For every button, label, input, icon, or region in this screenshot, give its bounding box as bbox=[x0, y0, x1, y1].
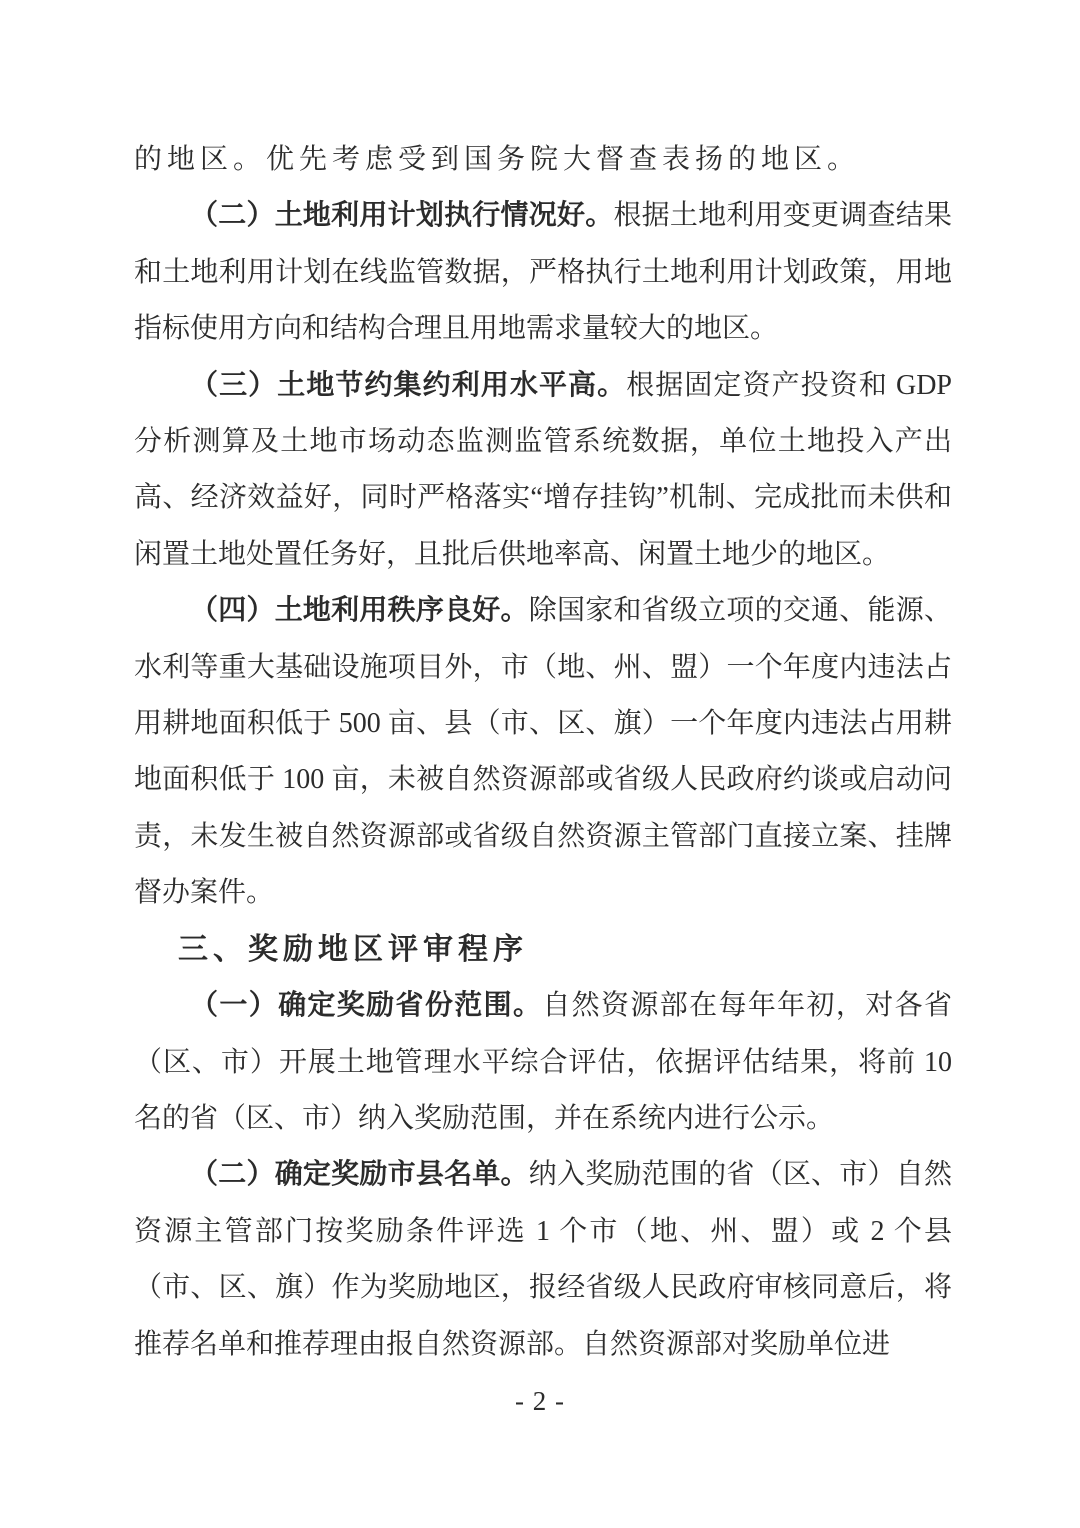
paragraph-lead: （二）确定奖励市县名单。 bbox=[190, 1159, 529, 1190]
paragraph-continuation: 的地区。优先考虑受到国务院大督查表扬的地区。 bbox=[134, 132, 952, 188]
paragraph-text: 的地区。优先考虑受到国务院大督查表扬的地区。 bbox=[134, 144, 860, 175]
page-number: - 2 - bbox=[0, 1386, 1080, 1417]
document-body: 的地区。优先考虑受到国务院大督查表扬的地区。（二）土地利用计划执行情况好。根据土… bbox=[134, 132, 952, 1373]
paragraph-lead: （三）土地节约集约利用水平高。 bbox=[190, 370, 626, 401]
document-page: 的地区。优先考虑受到国务院大督查表扬的地区。（二）土地利用计划执行情况好。根据土… bbox=[0, 0, 1080, 1528]
paragraph: （二）土地利用计划执行情况好。根据土地利用变更调查结果和土地利用计划在线监管数据… bbox=[134, 188, 952, 357]
paragraph-lead: （二）土地利用计划执行情况好。 bbox=[190, 200, 613, 231]
paragraph: （三）土地节约集约利用水平高。根据固定资产投资和 GDP 分析测算及土地市场动态… bbox=[134, 358, 952, 584]
paragraph: （四）土地利用秩序良好。除国家和省级立项的交通、能源、水利等重大基础设施项目外，… bbox=[134, 583, 952, 921]
heading-text: 三、奖励地区评审程序 bbox=[178, 933, 528, 966]
section-heading: 三、奖励地区评审程序 bbox=[134, 922, 952, 978]
paragraph-text: 除国家和省级立项的交通、能源、水利等重大基础设施项目外，市（地、州、盟）一个年度… bbox=[134, 595, 952, 908]
paragraph-lead: （四）土地利用秩序良好。 bbox=[190, 595, 529, 626]
paragraph-lead: （一）确定奖励省份范围。 bbox=[190, 990, 542, 1021]
paragraph: （一）确定奖励省份范围。自然资源部在每年年初，对各省（区、市）开展土地管理水平综… bbox=[134, 978, 952, 1147]
paragraph: （二）确定奖励市县名单。纳入奖励范围的省（区、市）自然资源主管部门按奖励条件评选… bbox=[134, 1147, 952, 1373]
